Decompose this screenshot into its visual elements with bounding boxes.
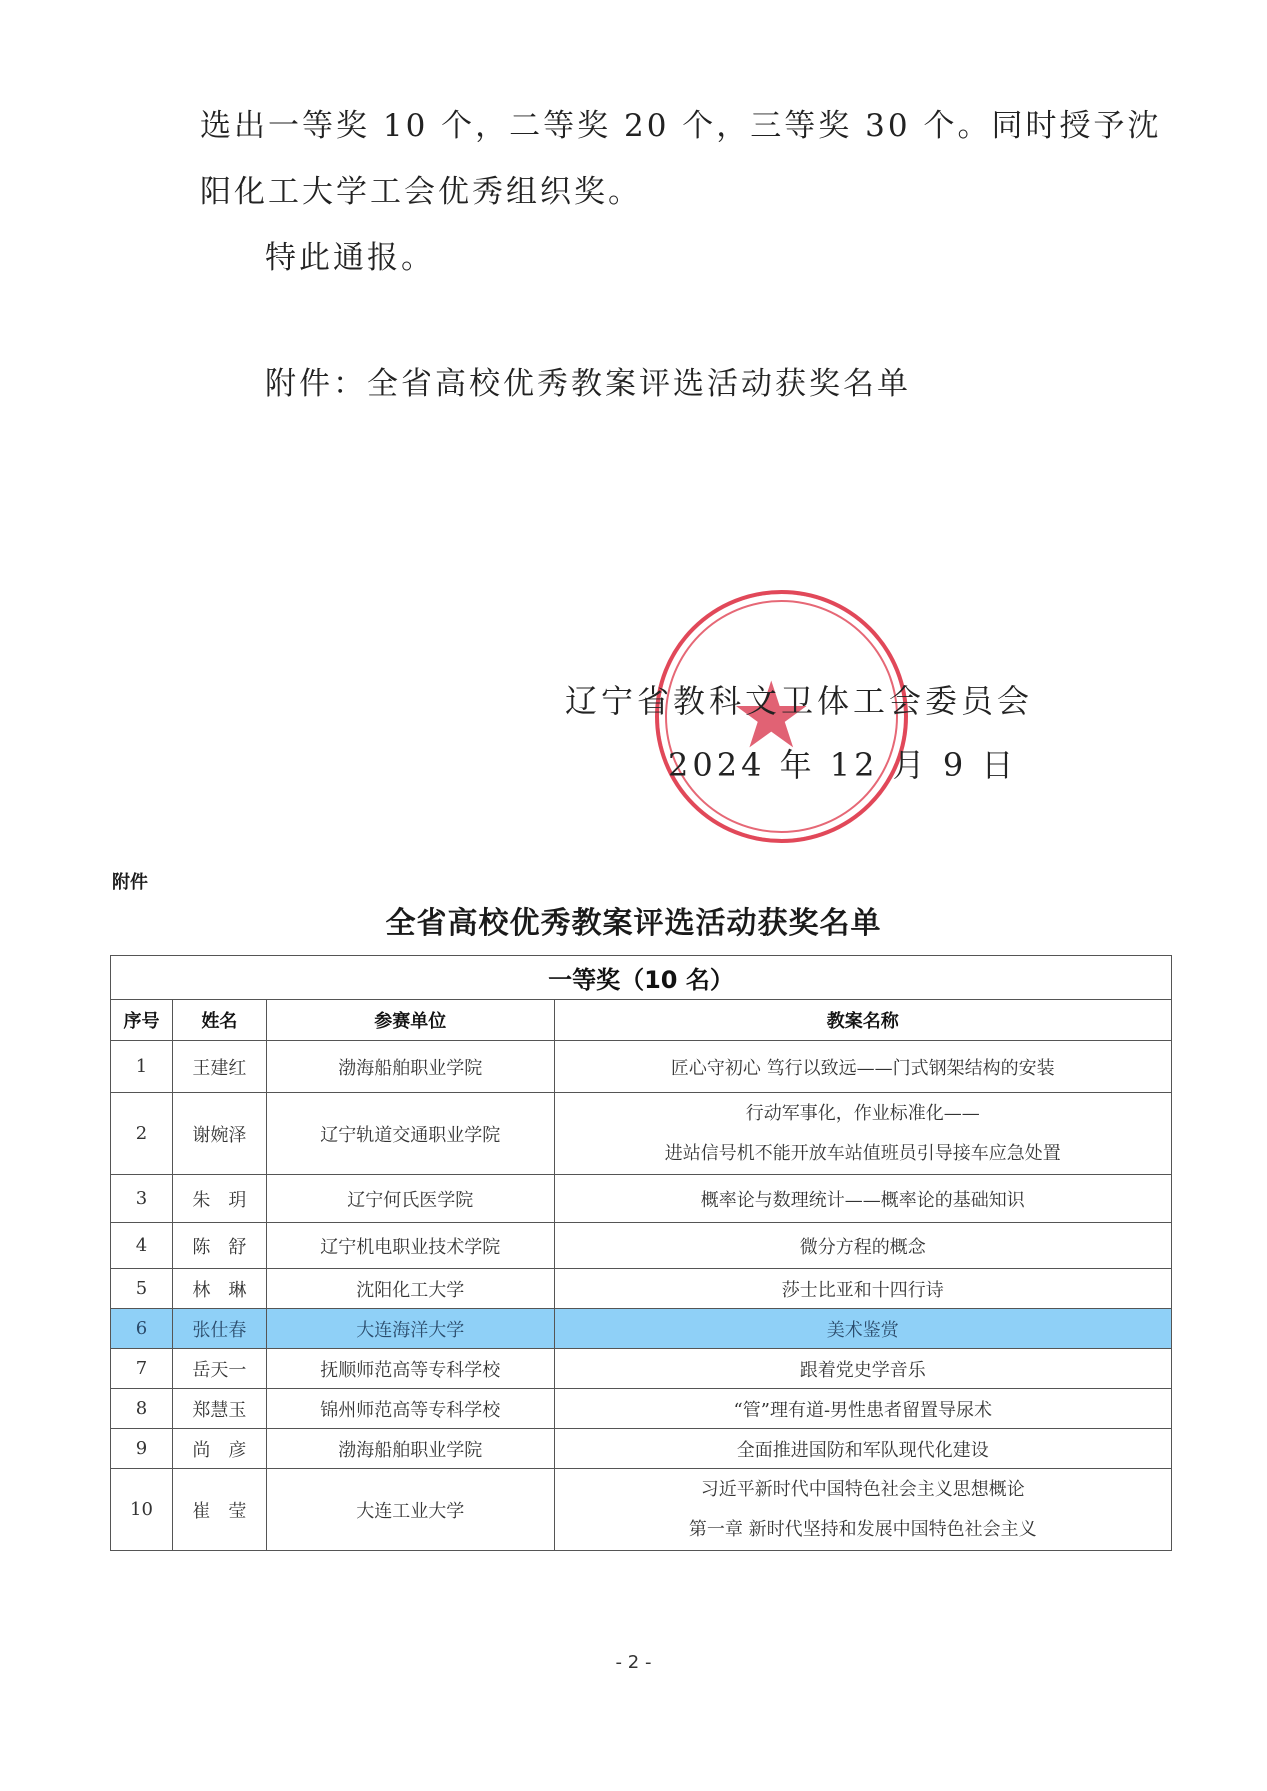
cell-name: 陈 舒 <box>172 1223 266 1269</box>
cell-unit: 辽宁何氏医学院 <box>266 1175 554 1223</box>
table-row: 3 朱 玥 辽宁何氏医学院 概率论与数理统计——概率论的基础知识 <box>111 1175 1172 1223</box>
cell-no: 9 <box>111 1429 173 1469</box>
table-row: 1 王建红 渤海船舶职业学院 匠心守初心 笃行以致远——门式钢架结构的安装 <box>111 1041 1172 1093</box>
cell-unit: 抚顺师范高等专科学校 <box>266 1349 554 1389</box>
award-table: 一等奖（10 名） 序号 姓名 参赛单位 教案名称 1 王建红 渤海船舶职业学院… <box>110 955 1172 1551</box>
cell-name: 岳天一 <box>172 1349 266 1389</box>
cell-title: 全面推进国防和军队现代化建设 <box>554 1429 1171 1469</box>
attachment-reference: 附件：全省高校优秀教案评选活动获奖名单 <box>265 358 911 403</box>
signature-organization: 辽宁省教科文卫体工会委员会 <box>565 676 1033 722</box>
cell-no: 4 <box>111 1223 173 1269</box>
table-row: 2 谢婉泽 辽宁轨道交通职业学院 行动军事化，作业标准化—— 进站信号机不能开放… <box>111 1093 1172 1175</box>
table-row: 5 林 琳 沈阳化工大学 莎士比亚和十四行诗 <box>111 1269 1172 1309</box>
cell-name: 尚 彦 <box>172 1429 266 1469</box>
cell-title: 匠心守初心 笃行以致远——门式钢架结构的安装 <box>554 1041 1171 1093</box>
attachment-label: 附件 <box>112 868 148 894</box>
cell-name: 林 琳 <box>172 1269 266 1309</box>
closing-text: 特此通报。 <box>265 232 435 277</box>
cell-unit: 沈阳化工大学 <box>266 1269 554 1309</box>
column-header-name: 姓名 <box>172 1000 266 1041</box>
table-row: 8 郑慧玉 锦州师范高等专科学校 “管”理有道-男性患者留置导尿术 <box>111 1389 1172 1429</box>
cell-unit: 渤海船舶职业学院 <box>266 1041 554 1093</box>
cell-no: 2 <box>111 1093 173 1175</box>
cell-name: 郑慧玉 <box>172 1389 266 1429</box>
cell-no: 5 <box>111 1269 173 1309</box>
column-header-title: 教案名称 <box>554 1000 1171 1041</box>
table-row: 7 岳天一 抚顺师范高等专科学校 跟着党史学音乐 <box>111 1349 1172 1389</box>
title-line: 行动军事化，作业标准化—— <box>555 1094 1171 1134</box>
cell-title: 微分方程的概念 <box>554 1223 1171 1269</box>
body-line-1: 选出一等奖 10 个，二等奖 20 个，三等奖 30 个。同时授予沈 <box>200 100 1161 145</box>
cell-title: 行动军事化，作业标准化—— 进站信号机不能开放车站值班员引导接车应急处置 <box>554 1093 1171 1175</box>
title-line: 第一章 新时代坚持和发展中国特色社会主义 <box>555 1510 1171 1550</box>
cell-no: 1 <box>111 1041 173 1093</box>
cell-no: 3 <box>111 1175 173 1223</box>
cell-name: 朱 玥 <box>172 1175 266 1223</box>
cell-title: 美术鉴赏 <box>554 1309 1171 1349</box>
body-line-2: 阳化工大学工会优秀组织奖。 <box>200 166 642 211</box>
column-header-no: 序号 <box>111 1000 173 1041</box>
cell-unit: 辽宁轨道交通职业学院 <box>266 1093 554 1175</box>
page-number: - 2 - <box>0 1652 1267 1673</box>
table-row: 9 尚 彦 渤海船舶职业学院 全面推进国防和军队现代化建设 <box>111 1429 1172 1469</box>
table-row: 10 崔 莹 大连工业大学 习近平新时代中国特色社会主义思想概论 第一章 新时代… <box>111 1469 1172 1551</box>
cell-unit: 辽宁机电职业技术学院 <box>266 1223 554 1269</box>
cell-no: 6 <box>111 1309 173 1349</box>
signature-date: 2024 年 12 月 9 日 <box>668 740 1017 786</box>
cell-name: 谢婉泽 <box>172 1093 266 1175</box>
cell-unit: 大连工业大学 <box>266 1469 554 1551</box>
cell-no: 10 <box>111 1469 173 1551</box>
cell-name: 王建红 <box>172 1041 266 1093</box>
column-header-unit: 参赛单位 <box>266 1000 554 1041</box>
cell-unit: 锦州师范高等专科学校 <box>266 1389 554 1429</box>
cell-name: 崔 莹 <box>172 1469 266 1551</box>
cell-title: 概率论与数理统计——概率论的基础知识 <box>554 1175 1171 1223</box>
cell-title: 跟着党史学音乐 <box>554 1349 1171 1389</box>
list-title: 全省高校优秀教案评选活动获奖名单 <box>0 898 1267 942</box>
cell-title: 习近平新时代中国特色社会主义思想概论 第一章 新时代坚持和发展中国特色社会主义 <box>554 1469 1171 1551</box>
cell-title: “管”理有道-男性患者留置导尿术 <box>554 1389 1171 1429</box>
cell-name: 张仕春 <box>172 1309 266 1349</box>
cell-unit: 渤海船舶职业学院 <box>266 1429 554 1469</box>
table-row: 4 陈 舒 辽宁机电职业技术学院 微分方程的概念 <box>111 1223 1172 1269</box>
cell-title: 莎士比亚和十四行诗 <box>554 1269 1171 1309</box>
section-heading: 一等奖（10 名） <box>111 956 1172 1000</box>
title-line: 习近平新时代中国特色社会主义思想概论 <box>555 1470 1171 1510</box>
table-row-highlighted: 6 张仕春 大连海洋大学 美术鉴赏 <box>111 1309 1172 1349</box>
title-line: 进站信号机不能开放车站值班员引导接车应急处置 <box>555 1134 1171 1174</box>
cell-unit: 大连海洋大学 <box>266 1309 554 1349</box>
cell-no: 8 <box>111 1389 173 1429</box>
cell-no: 7 <box>111 1349 173 1389</box>
